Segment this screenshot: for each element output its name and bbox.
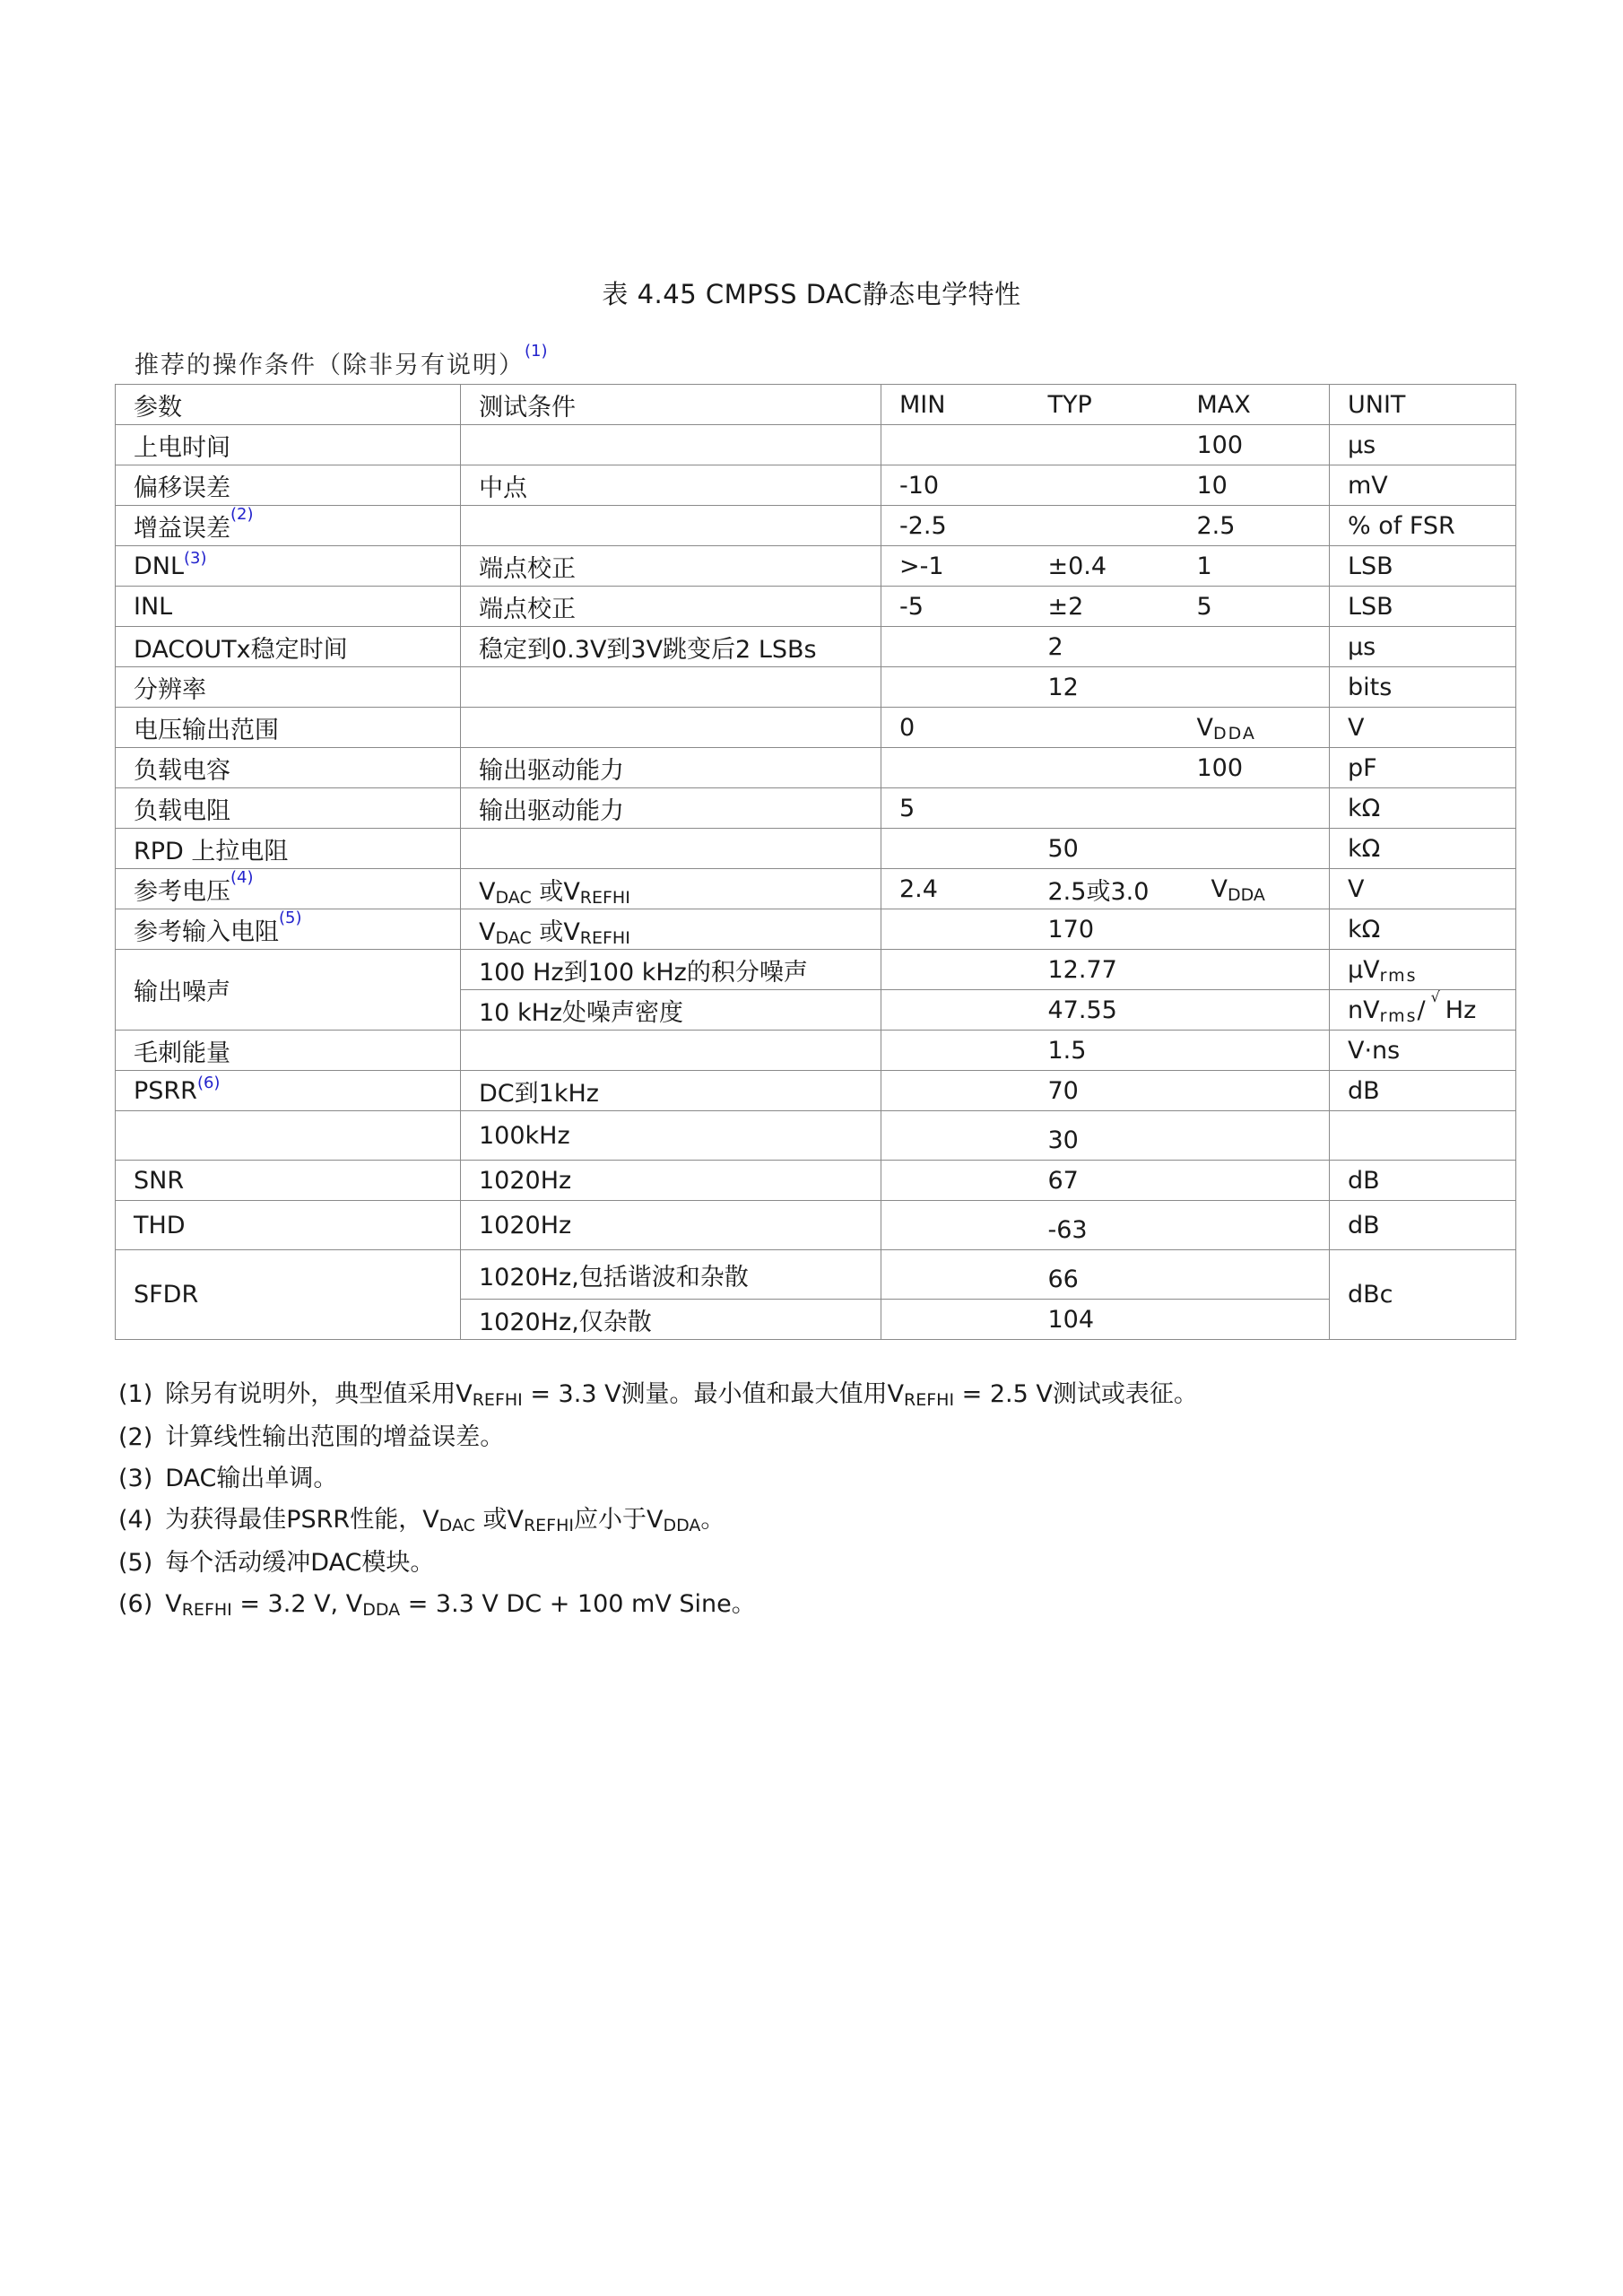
min-cell (881, 829, 1030, 869)
typ-cell (1030, 506, 1179, 546)
cond-cell: DC到1kHz (461, 1071, 881, 1111)
unit-cell: kΩ (1330, 829, 1516, 869)
typ-cell: 12 (1030, 667, 1179, 708)
footnote-6: (6)VREFHI = 3.2 V, VDDA = 3.3 V DC + 100… (118, 1584, 1198, 1627)
cond-cell: 100kHz (461, 1111, 881, 1161)
unit-cell: dB (1330, 1161, 1516, 1201)
typ-cell: 70 (1030, 1071, 1179, 1111)
table-row: 输出噪声 100 Hz到100 kHz的积分噪声 12.77 μVrms (116, 950, 1516, 990)
header-typ: TYP (1030, 385, 1179, 425)
header-min: MIN (881, 385, 1030, 425)
param-cell: 参考输入电阻(5) (116, 909, 461, 950)
footnote-ref-5[interactable]: (5) (279, 909, 302, 927)
param-cell: 参考电压(4) (116, 869, 461, 909)
footnote-3: (3)DAC输出单调。 (118, 1458, 1198, 1500)
typ-cell: 30 (1030, 1111, 1179, 1161)
min-cell: -2.5 (881, 506, 1030, 546)
table-row: 上电时间 100 μs (116, 425, 1516, 465)
sqrt-icon: √ (1431, 988, 1440, 1005)
typ-cell: -63 (1030, 1201, 1179, 1250)
table-row: PSRR(6) DC到1kHz 70 dB (116, 1071, 1516, 1111)
cond-cell (461, 1031, 881, 1071)
min-cell: -10 (881, 465, 1030, 506)
unit-cell: V·ns (1330, 1031, 1516, 1071)
min-cell (881, 950, 1030, 990)
caption-text: 推荐的操作条件（除非另有说明） (135, 352, 525, 379)
min-cell (881, 627, 1030, 667)
min-cell (881, 1161, 1030, 1201)
min-cell (881, 990, 1030, 1031)
cond-cell: 中点 (461, 465, 881, 506)
param-cell: PSRR(6) (116, 1071, 461, 1111)
unit-cell: bits (1330, 667, 1516, 708)
footnote-ref-2[interactable]: (2) (230, 505, 254, 524)
min-cell: -5 (881, 587, 1030, 627)
max-cell (1179, 1111, 1330, 1161)
param-cell: DACOUTx稳定时间 (116, 627, 461, 667)
header-unit: UNIT (1330, 385, 1516, 425)
param-cell: RPD 上拉电阻 (116, 829, 461, 869)
table-row: 参考电压(4) VDAC 或VREFHI 2.4 2.5或3.0 VDDA V (116, 869, 1516, 909)
max-cell: 100 (1179, 748, 1330, 788)
typ-cell (1030, 708, 1179, 748)
max-cell (1179, 1300, 1330, 1340)
table-row: 负载电容 输出驱动能力 100 pF (116, 748, 1516, 788)
param-cell: 偏移误差 (116, 465, 461, 506)
unit-cell: V (1330, 708, 1516, 748)
footnote-5: (5)每个活动缓冲DAC模块。 (118, 1543, 1198, 1584)
table-row: 100kHz 30 (116, 1111, 1516, 1161)
table-row: INL 端点校正 -5 ±2 5 LSB (116, 587, 1516, 627)
max-cell (1179, 1161, 1330, 1201)
min-cell (881, 909, 1030, 950)
footnote-2: (2)计算线性输出范围的增益误差。 (118, 1417, 1198, 1458)
max-cell: 2.5 (1179, 506, 1330, 546)
table-row: THD 1020Hz -63 dB (116, 1201, 1516, 1250)
max-cell: VDDA (1179, 869, 1330, 909)
max-cell: VDDA (1179, 708, 1330, 748)
table-row: SNR 1020Hz 67 dB (116, 1161, 1516, 1201)
max-cell (1179, 1201, 1330, 1250)
unit-cell: pF (1330, 748, 1516, 788)
typ-cell: 104 (1030, 1300, 1179, 1340)
min-cell (881, 1250, 1030, 1300)
min-cell (881, 667, 1030, 708)
max-cell (1179, 990, 1330, 1031)
cond-cell: 端点校正 (461, 587, 881, 627)
table-title: 表 4.45 CMPSS DAC静态电学特性 (0, 274, 1623, 311)
param-cell: 增益误差(2) (116, 506, 461, 546)
typ-cell: ±2 (1030, 587, 1179, 627)
header-cond: 测试条件 (461, 385, 881, 425)
spec-table: 参数 测试条件 MIN TYP MAX UNIT 上电时间 100 μs 偏移误… (115, 384, 1516, 1340)
max-cell (1179, 1031, 1330, 1071)
unit-cell: dB (1330, 1201, 1516, 1250)
header-param: 参数 (116, 385, 461, 425)
min-cell (881, 1031, 1030, 1071)
cond-cell: 1020Hz,包括谐波和杂散 (461, 1250, 881, 1300)
param-cell: INL (116, 587, 461, 627)
typ-cell: 12.77 (1030, 950, 1179, 990)
cond-cell: 1020Hz (461, 1201, 881, 1250)
cond-cell: 100 Hz到100 kHz的积分噪声 (461, 950, 881, 990)
param-cell: 负载电容 (116, 748, 461, 788)
max-cell: 1 (1179, 546, 1330, 587)
unit-cell: μs (1330, 627, 1516, 667)
cond-cell (461, 829, 881, 869)
typ-cell: ±0.4 (1030, 546, 1179, 587)
min-cell (881, 1201, 1030, 1250)
table-row: 负载电阻 输出驱动能力 5 kΩ (116, 788, 1516, 829)
footnote-4: (4)为获得最佳PSRR性能，VDAC 或VREFHI应小于VDDA。 (118, 1500, 1198, 1543)
param-cell: THD (116, 1201, 461, 1250)
typ-cell: 67 (1030, 1161, 1179, 1201)
unit-cell: LSB (1330, 546, 1516, 587)
cond-cell: 输出驱动能力 (461, 748, 881, 788)
table-row: 偏移误差 中点 -10 10 mV (116, 465, 1516, 506)
table-row: 参考输入电阻(5) VDAC 或VREFHI 170 kΩ (116, 909, 1516, 950)
param-cell: 电压输出范围 (116, 708, 461, 748)
unit-cell: kΩ (1330, 788, 1516, 829)
unit-cell: kΩ (1330, 909, 1516, 950)
cond-cell: 输出驱动能力 (461, 788, 881, 829)
param-cell: 上电时间 (116, 425, 461, 465)
header-max: MAX (1179, 385, 1330, 425)
param-cell: 毛刺能量 (116, 1031, 461, 1071)
typ-cell: 1.5 (1030, 1031, 1179, 1071)
max-cell (1179, 1250, 1330, 1300)
typ-cell: 47.55 (1030, 990, 1179, 1031)
max-cell (1179, 1071, 1330, 1111)
unit-cell: μVrms (1330, 950, 1516, 990)
min-cell: 5 (881, 788, 1030, 829)
unit-cell: mV (1330, 465, 1516, 506)
param-cell: DNL(3) (116, 546, 461, 587)
min-cell (881, 425, 1030, 465)
footnote-ref-3[interactable]: (3) (184, 549, 207, 568)
cond-cell: 1020Hz (461, 1161, 881, 1201)
cond-cell: 稳定到0.3V到3V跳变后2 LSBs (461, 627, 881, 667)
min-cell (881, 748, 1030, 788)
unit-cell: dBc (1330, 1250, 1516, 1340)
max-cell: 100 (1179, 425, 1330, 465)
typ-cell: 50 (1030, 829, 1179, 869)
min-cell (881, 1071, 1030, 1111)
min-cell: 0 (881, 708, 1030, 748)
footnote-ref-4[interactable]: (4) (230, 868, 254, 887)
unit-cell: dB (1330, 1071, 1516, 1111)
max-cell (1179, 950, 1330, 990)
table-row: DACOUTx稳定时间 稳定到0.3V到3V跳变后2 LSBs 2 μs (116, 627, 1516, 667)
typ-cell: 170 (1030, 909, 1179, 950)
param-cell: SNR (116, 1161, 461, 1201)
max-cell (1179, 829, 1330, 869)
typ-cell (1030, 788, 1179, 829)
min-cell (881, 1300, 1030, 1340)
unit-cell: V (1330, 869, 1516, 909)
table-row: DNL(3) 端点校正 >-1 ±0.4 1 LSB (116, 546, 1516, 587)
footnote-ref-1[interactable]: (1) (525, 342, 548, 361)
max-cell (1179, 788, 1330, 829)
footnote-ref-6[interactable]: (6) (197, 1074, 221, 1092)
footnotes: (1)除另有说明外，典型值采用VREFHI = 3.3 V测量。最小值和最大值用… (118, 1374, 1198, 1627)
typ-cell: 2 (1030, 627, 1179, 667)
max-cell (1179, 909, 1330, 950)
unit-cell: μs (1330, 425, 1516, 465)
unit-cell: nVrms/√Hz (1330, 990, 1516, 1031)
unit-cell (1330, 1111, 1516, 1161)
typ-cell: 2.5或3.0 (1030, 869, 1179, 909)
footnote-1: (1)除另有说明外，典型值采用VREFHI = 3.3 V测量。最小值和最大值用… (118, 1374, 1198, 1417)
typ-cell (1030, 465, 1179, 506)
min-cell (881, 1111, 1030, 1161)
cond-cell (461, 425, 881, 465)
max-cell: 5 (1179, 587, 1330, 627)
table-row: 毛刺能量 1.5 V·ns (116, 1031, 1516, 1071)
unit-cell: LSB (1330, 587, 1516, 627)
table-row: SFDR 1020Hz,包括谐波和杂散 66 dBc (116, 1250, 1516, 1300)
table-row: 分辨率 12 bits (116, 667, 1516, 708)
max-cell (1179, 627, 1330, 667)
typ-cell (1030, 425, 1179, 465)
param-cell: 负载电阻 (116, 788, 461, 829)
table-row: RPD 上拉电阻 50 kΩ (116, 829, 1516, 869)
cond-cell: 10 kHz处噪声密度 (461, 990, 881, 1031)
param-cell: 输出噪声 (116, 950, 461, 1031)
cond-cell: VDAC 或VREFHI (461, 869, 881, 909)
table-header-row: 参数 测试条件 MIN TYP MAX UNIT (116, 385, 1516, 425)
cond-cell: 端点校正 (461, 546, 881, 587)
unit-cell: % of FSR (1330, 506, 1516, 546)
typ-cell: 66 (1030, 1250, 1179, 1300)
param-cell: SFDR (116, 1250, 461, 1340)
cond-cell: 1020Hz,仅杂散 (461, 1300, 881, 1340)
max-cell: 10 (1179, 465, 1330, 506)
typ-cell (1030, 748, 1179, 788)
table-row: 电压输出范围 0 VDDA V (116, 708, 1516, 748)
min-cell: 2.4 (881, 869, 1030, 909)
table-caption: 推荐的操作条件（除非另有说明）(1) (135, 345, 548, 380)
max-cell (1179, 667, 1330, 708)
cond-cell: VDAC 或VREFHI (461, 909, 881, 950)
min-cell: >-1 (881, 546, 1030, 587)
cond-cell (461, 667, 881, 708)
table-row: 增益误差(2) -2.5 2.5 % of FSR (116, 506, 1516, 546)
cond-cell (461, 708, 881, 748)
cond-cell (461, 506, 881, 546)
param-cell (116, 1111, 461, 1161)
param-cell: 分辨率 (116, 667, 461, 708)
